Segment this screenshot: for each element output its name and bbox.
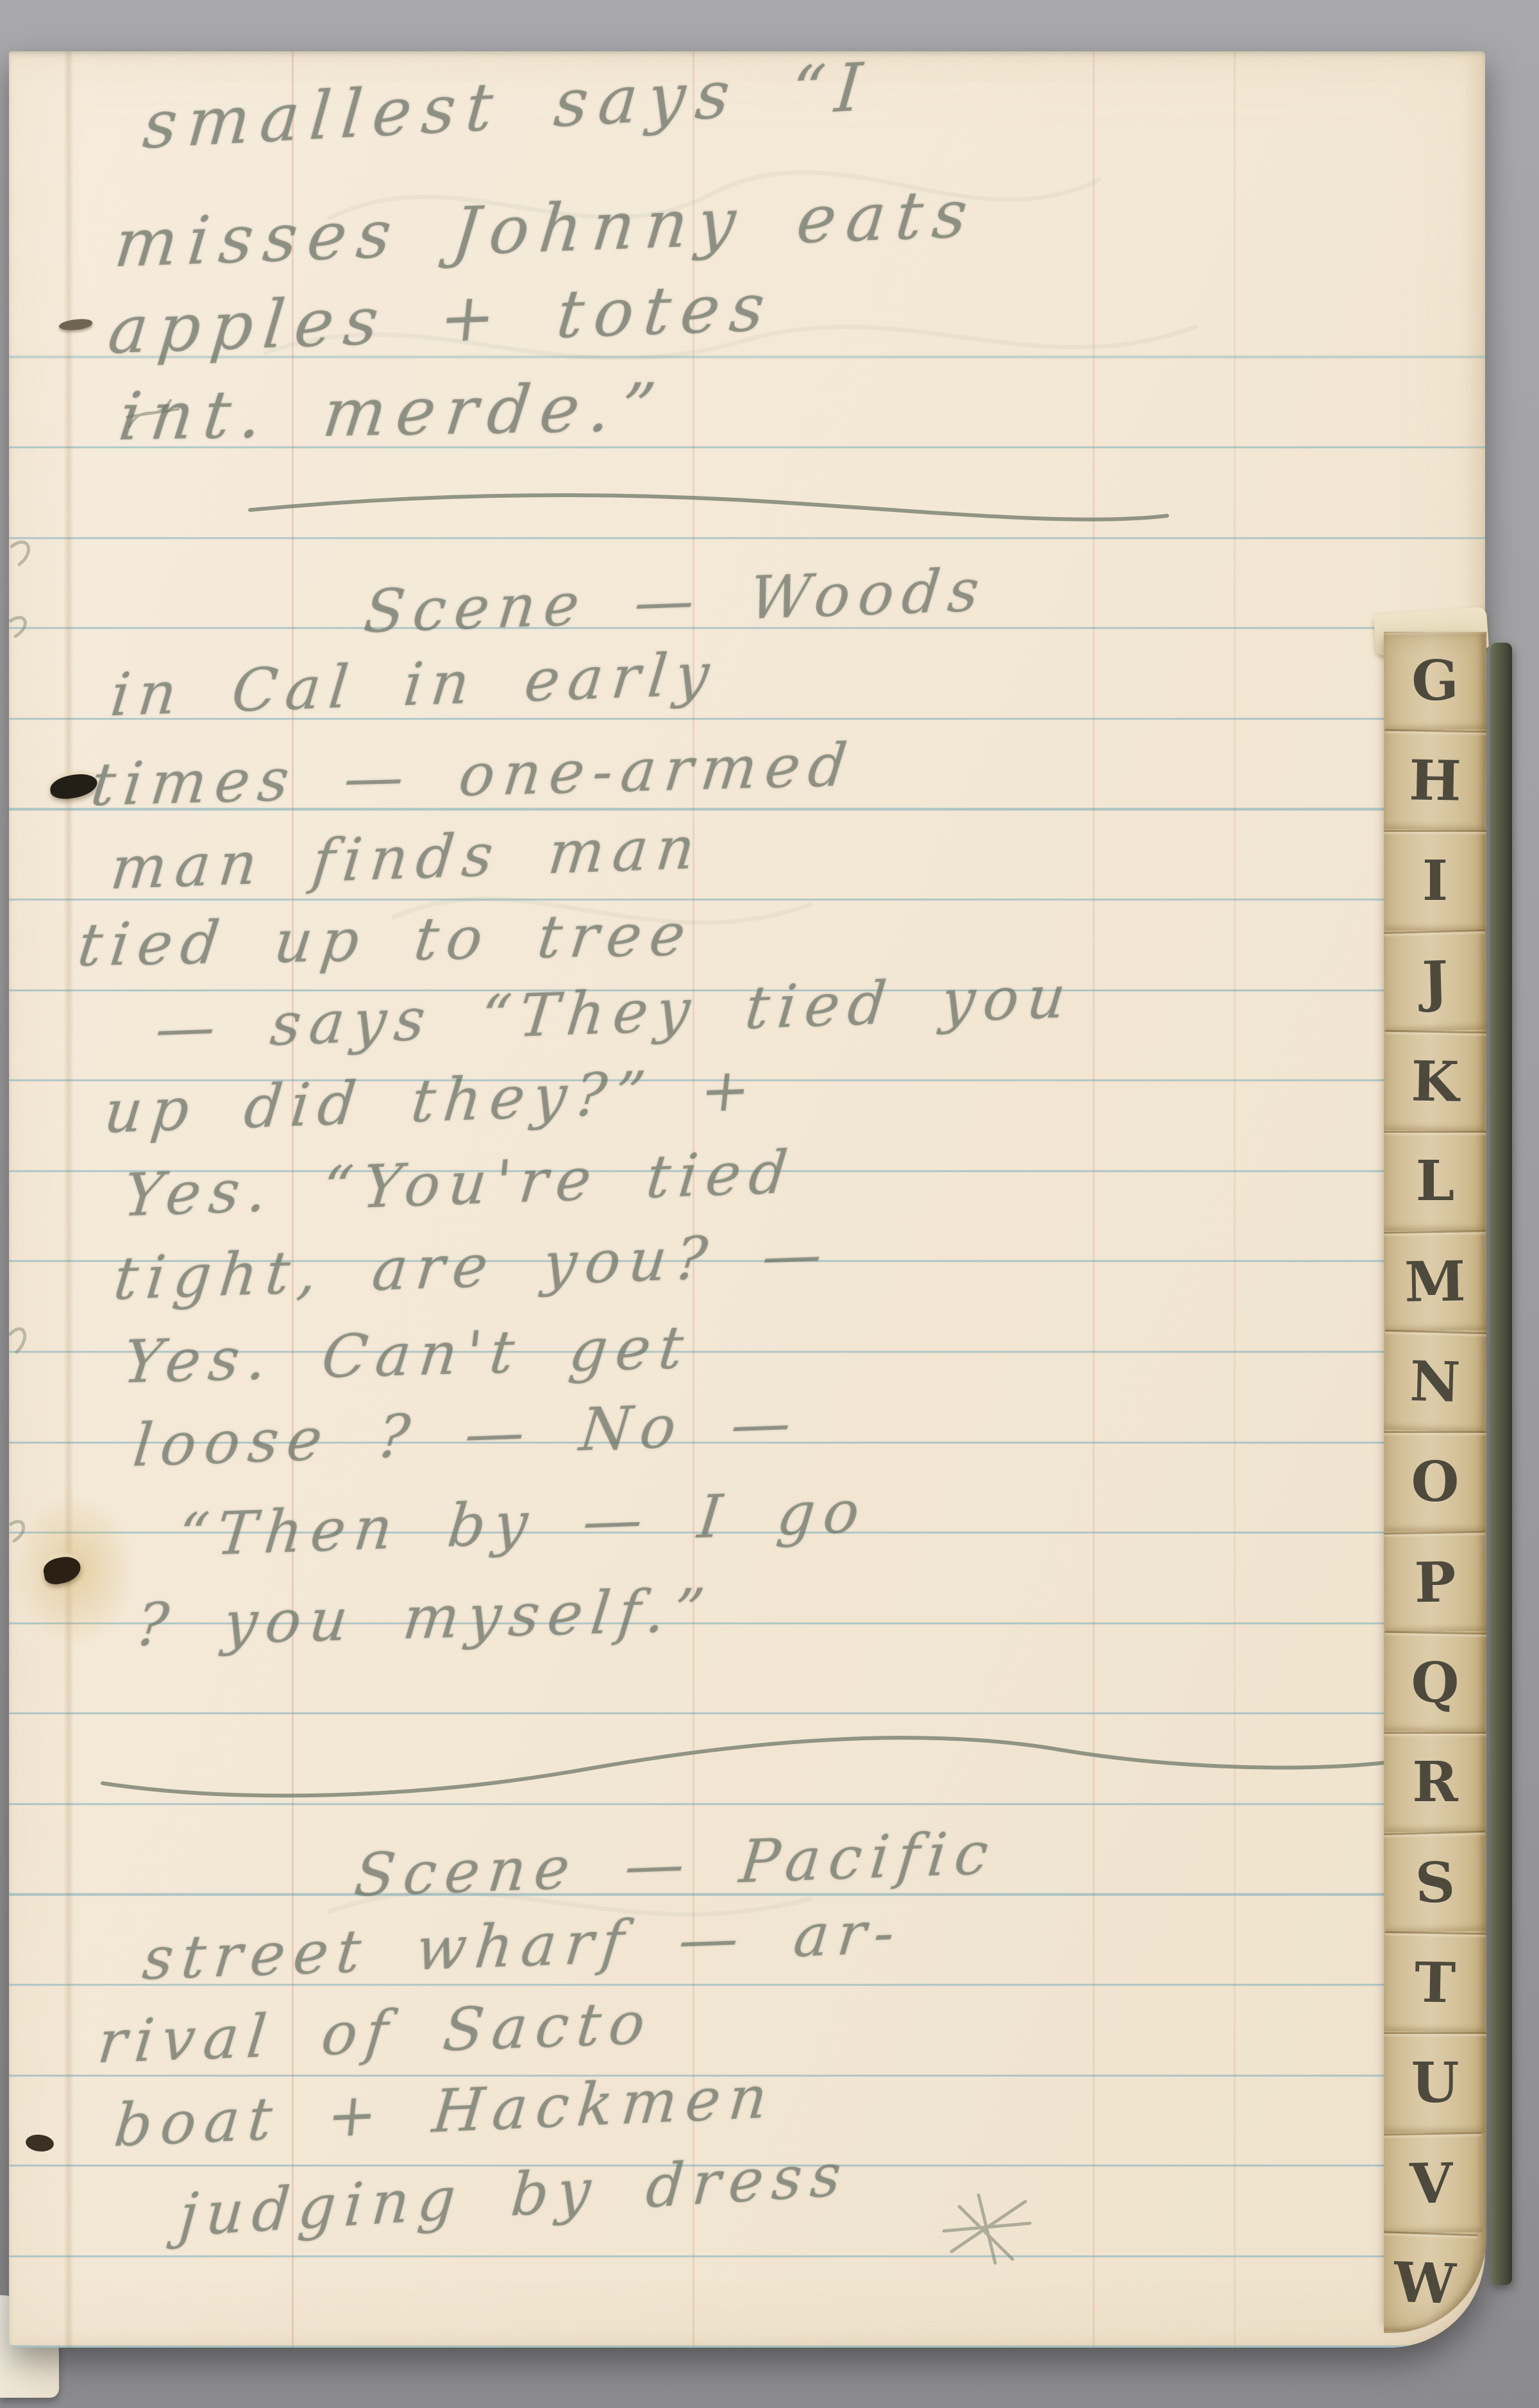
tab-letter: P <box>1414 1555 1456 1611</box>
tab-letter: Q <box>1411 1655 1459 1711</box>
index-tab-v: V <box>1384 2132 1483 2234</box>
index-tab-r: R <box>1384 1732 1486 1832</box>
index-tab-k: K <box>1384 1030 1486 1132</box>
tab-letter: I <box>1422 854 1448 909</box>
index-tab-w: W <box>1384 2230 1478 2333</box>
handwritten-line: tied up to tree <box>74 900 698 979</box>
book-edge <box>1490 643 1512 2285</box>
index-tab-g: G <box>1384 632 1486 731</box>
index-tab-u: U <box>1384 2032 1486 2132</box>
index-tab-m: M <box>1384 1230 1486 1332</box>
index-tab-q: Q <box>1384 1631 1486 1733</box>
index-tab-n: N <box>1384 1330 1486 1432</box>
handwritten-line: int. merde.” <box>115 369 669 455</box>
index-tab-s: S <box>1384 1831 1486 1933</box>
index-tab-h: H <box>1384 729 1486 831</box>
tab-letter: S <box>1415 1855 1456 1912</box>
tab-letter: O <box>1411 1455 1459 1510</box>
tab-letter: G <box>1411 653 1459 709</box>
index-tab-i: I <box>1384 830 1486 930</box>
index-tab-l: L <box>1384 1131 1486 1231</box>
crease-line <box>1234 51 1236 2348</box>
index-tab-p: P <box>1384 1530 1486 1632</box>
tab-letter: U <box>1411 2056 1459 2111</box>
notebook-page: smallest says “I misses Johnny eats appl… <box>9 51 1485 2348</box>
scan-stage: smallest says “I misses Johnny eats appl… <box>0 0 1539 2408</box>
tab-letter: N <box>1409 1354 1461 1411</box>
crease-line <box>1093 51 1095 2348</box>
index-tab-j: J <box>1384 929 1486 1031</box>
tab-letter: L <box>1416 1154 1454 1209</box>
index-tab-strip: G H I J K L M N O P Q R S T U V W <box>1384 632 1486 2333</box>
tab-letter: K <box>1411 1054 1459 1110</box>
binding-crease <box>63 51 74 2348</box>
tab-letter: W <box>1393 2255 1457 2312</box>
tab-letter: R <box>1412 1755 1458 1810</box>
tab-letter: M <box>1404 1254 1467 1310</box>
index-tab-t: T <box>1384 1931 1486 2033</box>
tab-letter: H <box>1409 753 1462 809</box>
tab-letter: T <box>1414 1955 1456 2011</box>
index-tab-o: O <box>1384 1431 1486 1531</box>
tab-letter: J <box>1422 954 1449 1010</box>
tab-letter: V <box>1409 2156 1453 2212</box>
